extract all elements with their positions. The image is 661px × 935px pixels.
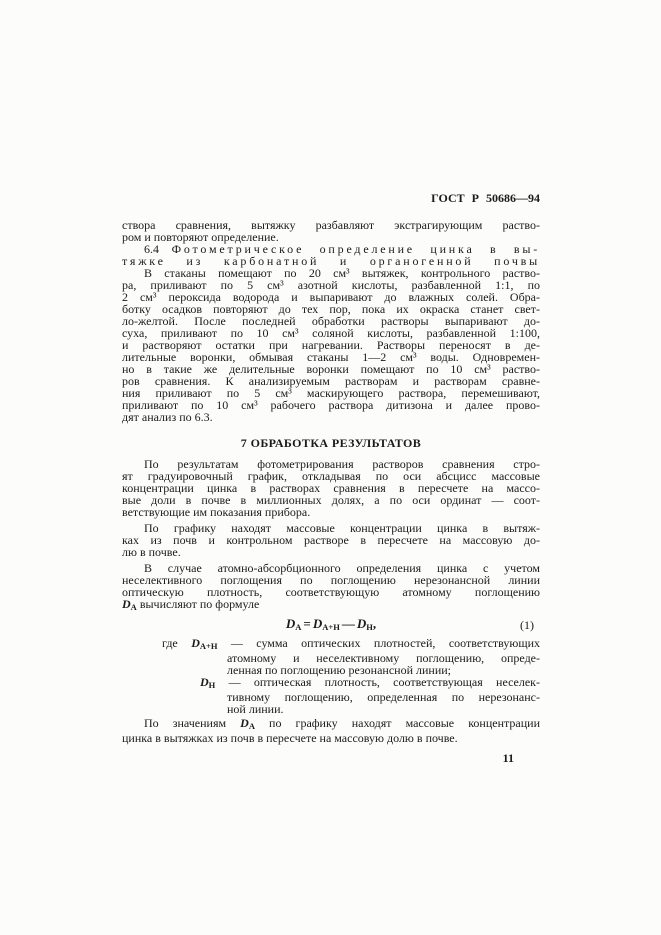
definition-continuation: тивному поглощению, определенная по нере…: [122, 691, 540, 715]
dash: —: [229, 675, 241, 689]
variable-D-A: DА: [286, 616, 302, 631]
formula-1-expression: DА=DА+Н—DН,: [286, 616, 376, 631]
definition-text: оптическая плотность, соответствующая не…: [254, 675, 540, 689]
definition-continuation: атомному и неселективному поглощению, оп…: [122, 652, 540, 676]
text-line: цинка в вытяжках из почв в пересчете на …: [122, 732, 540, 744]
text-line: где DА+Н — сумма оптических плотностей, …: [122, 637, 540, 652]
where-keyword: где: [162, 636, 178, 650]
formula-1: DА=DА+Н—DН, (1): [122, 617, 540, 634]
text-line: DА вычисляют по формуле: [122, 598, 540, 613]
paragraph-atomic-absorption: В случае атомно-абсорбционного определен…: [122, 562, 540, 613]
definition-text: сумма оптических плотностей, соответству…: [256, 636, 540, 650]
variable-subscript: А+Н: [200, 641, 218, 651]
text-line: ветствующие им показания прибора.: [122, 506, 540, 518]
minus-sign: —: [340, 616, 357, 631]
section-7-heading: 7 ОБРАБОТКА РЕЗУЛЬТАТОВ: [122, 437, 540, 449]
document-page: ГОСТ Р 50686—94 створа сравнения, вытяжк…: [0, 0, 661, 935]
text-line: тивному поглощению, определенная по нере…: [122, 691, 540, 703]
formula-where-block: где DА+Н — сумма оптических плотностей, …: [122, 637, 540, 715]
variable-subscript: Н: [209, 680, 216, 690]
clause-6-4-heading: 6.4 Фотометрическое определение цинка в …: [122, 243, 540, 267]
variable-subscript: А+Н: [322, 622, 340, 632]
dash: —: [231, 636, 243, 650]
variable-D-N: DН: [357, 616, 373, 631]
running-header-standard-code: ГОСТ Р 50686—94: [122, 192, 540, 204]
equals-sign: =: [301, 616, 312, 631]
paragraph-final: По значениям DА по графику находят массо…: [122, 717, 540, 744]
text-line: дят анализ по 6.3.: [122, 411, 540, 423]
text-line: DН — оптическая плотность, соответствующ…: [122, 676, 540, 691]
variable-D-N: DН: [200, 675, 215, 689]
text-block: ГОСТ Р 50686—94 створа сравнения, вытяжк…: [122, 192, 540, 764]
variable-D-A-plus-N: DА+Н: [191, 636, 217, 650]
page-number: 11: [122, 752, 540, 764]
paragraph-calibration-graph: По результатам фотометрирования растворо…: [122, 458, 540, 518]
text-line: По значениям DА по графику находят массо…: [122, 717, 540, 732]
text-fragment: по графику находят массовые концентрации: [255, 716, 540, 730]
variable-base: D: [286, 616, 295, 631]
variable-base: D: [200, 675, 209, 689]
text-line: ной линии.: [122, 703, 540, 715]
text-fragment: По значениям: [144, 716, 240, 730]
variable-D-A-plus-N: DА+Н: [313, 616, 340, 631]
variable-D-A: DА: [122, 597, 137, 611]
variable-subscript: Н: [366, 622, 373, 632]
paragraph-clause-6-4-body: В стаканы помещают по 20 см³ вытяжек, ко…: [122, 267, 540, 423]
comma: ,: [373, 616, 376, 631]
text-fragment: вычисляют по формуле: [137, 597, 259, 611]
variable-base: D: [313, 616, 322, 631]
paragraph-continuation: створа сравнения, вытяжку разбавляют экс…: [122, 219, 540, 243]
variable-base: D: [122, 597, 131, 611]
variable-D-A: DА: [240, 716, 255, 730]
variable-base: D: [357, 616, 366, 631]
text-line: ках из почв и контрольном растворе в пер…: [122, 534, 540, 546]
text-line: лю в почве.: [122, 546, 540, 558]
paragraph-atomic-absorption-lines: В случае атомно-абсорбционного определен…: [122, 562, 540, 598]
paragraph-graph-reading: По графику находят массовые концентрации…: [122, 522, 540, 558]
formula-number: (1): [520, 618, 534, 632]
variable-base: D: [240, 716, 249, 730]
variable-base: D: [191, 636, 200, 650]
